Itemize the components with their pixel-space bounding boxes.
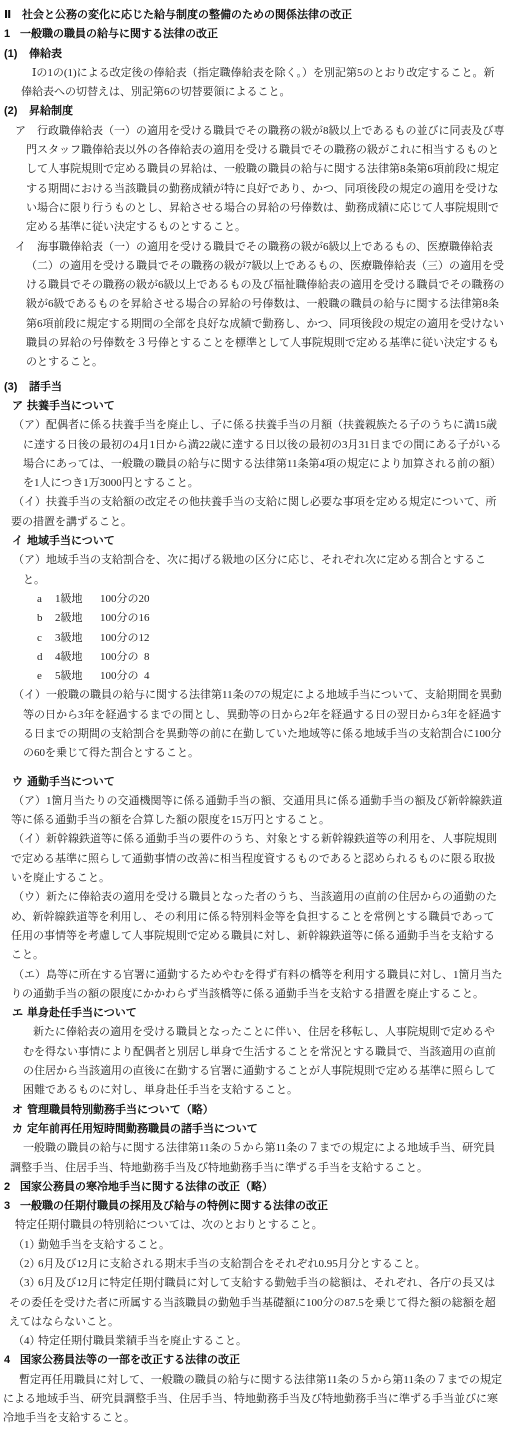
item-label: （1） bbox=[13, 1236, 38, 1255]
grade-value-number: 12 bbox=[139, 629, 150, 648]
grade-value-number: 20 bbox=[139, 590, 150, 609]
paragraph-text: 扶養手当の支給額の改定その他扶養手当の支給に関し必要な事項を定める規定について、… bbox=[11, 496, 497, 527]
heading-1-2: (2)昇給制度 bbox=[0, 102, 505, 121]
paragraph-text: 配偶者に係る扶養手当を廃止し、子に係る扶養手当の月額（扶養親族たる子のうちに満1… bbox=[23, 419, 502, 489]
grade-row-b: b2級地100分の16 bbox=[0, 609, 505, 628]
grade-letter: d bbox=[37, 648, 55, 667]
grade-letter: a bbox=[37, 590, 55, 609]
item-3-4: （4）特定任期付職員業績手当を廃止すること。 bbox=[0, 1332, 505, 1351]
item-label: （イ） bbox=[13, 830, 46, 849]
grade-value-number: 16 bbox=[139, 609, 150, 628]
item-label: （ア） bbox=[13, 792, 46, 811]
item-label: イ bbox=[15, 238, 37, 257]
item-fuyou-i: （イ）扶養手当の支給額の改定その他扶養手当の支給に関し必要な事項を定める規定につ… bbox=[0, 493, 505, 532]
paragraph-text: 特定任期付職員業績手当を廃止すること。 bbox=[38, 1335, 247, 1347]
paragraph-text: 一般職の職員の給与に関する法律第11条の５から第11条の７までの規定による地域手… bbox=[10, 1142, 495, 1173]
heading-label: カ bbox=[12, 1120, 27, 1139]
heading-label: オ bbox=[12, 1101, 27, 1120]
item-chiiki-i: （イ）一般職の職員の給与に関する法律第11条の7の規定による地域手当について、支… bbox=[0, 686, 505, 763]
paragraph-text: 新たに俸給表の適用を受ける職員となった者のうち、当該適用の直前の住居からの通勤の… bbox=[11, 891, 497, 961]
heading-1: 1一般職の職員の給与に関する法律の改正 bbox=[0, 25, 505, 44]
grade-value-number: 8 bbox=[139, 648, 150, 667]
item-label: （ウ） bbox=[13, 888, 46, 907]
heading-label: 1 bbox=[4, 25, 20, 44]
heading-label: ウ bbox=[12, 773, 27, 792]
heading-1-3: (3)諸手当 bbox=[0, 378, 505, 397]
heading-3: 3一般職の任期付職員の採用及び給与の特例に関する法律の改正 bbox=[0, 1197, 505, 1216]
heading-label: (3) bbox=[4, 378, 29, 397]
grade-letter: b bbox=[37, 609, 55, 628]
grade-row-d: d4級地100分の8 bbox=[0, 648, 505, 667]
item-label: （3） bbox=[13, 1274, 38, 1293]
heading-text: 社会と公務の変化に応じた給与制度の整備のための関係法律の改正 bbox=[22, 9, 352, 21]
item-label: （4） bbox=[13, 1332, 38, 1351]
grade-name: 3級地 bbox=[55, 629, 100, 648]
paragraph-text: 暫定再任用職員に対して、一般職の職員の給与に関する法律第11条の５から第11条の… bbox=[3, 1374, 502, 1425]
heading-label: エ bbox=[12, 1004, 27, 1023]
paragraph-text: 1箇月当たりの交通機関等に係る通勤手当の額、交通用具に係る通勤手当の額及び新幹線… bbox=[11, 795, 503, 826]
heading-1-3-o-kanri: オ管理職員特別勤務手当について（略） bbox=[0, 1101, 505, 1120]
heading-1-1: (1)俸給表 bbox=[0, 45, 505, 64]
paragraph-text: 海事職俸給表（一）の適用を受ける職員でその職務の級が6級以上であるもの、医療職俸… bbox=[26, 241, 505, 369]
heading-label: 4 bbox=[4, 1351, 20, 1370]
paragraph-text: 6月及び12月に支給される期末手当の支給割合をそれぞれ0.95月分とすること。 bbox=[38, 1258, 426, 1270]
grade-value: 100分の bbox=[100, 670, 139, 682]
grade-value: 100分の bbox=[100, 651, 139, 663]
paragraph-text: 6月及び12月に特定任期付職員に対して支給する勤勉手当の総額は、それぞれ、各庁の… bbox=[9, 1277, 496, 1328]
paragraph-text: 新たに俸給表の適用を受ける職員となったことに伴い、住居を移転し、人事院規則で定め… bbox=[23, 1026, 496, 1096]
heading-text: 一般職の職員の給与に関する法律の改正 bbox=[20, 28, 218, 40]
grade-value: 100分の bbox=[100, 593, 139, 605]
item-fuyou-a: （ア）配偶者に係る扶養手当を廃止し、子に係る扶養手当の月額（扶養親族たる子のうち… bbox=[0, 416, 505, 493]
heading-1-3-i-chiiki: イ地域手当について bbox=[0, 532, 505, 551]
grade-letter: c bbox=[37, 629, 55, 648]
paragraph-text: 島等に所在する官署に通勤するためやむを得ず有料の橋等を利用する職員に対し、1箇月… bbox=[11, 969, 503, 1000]
item-tsukin-i: （イ）新幹線鉄道等に係る通勤手当の要件のうち、対象とする新幹線鉄道等の利用を、人… bbox=[0, 830, 505, 888]
para-teinen-body: 一般職の職員の給与に関する法律第11条の５から第11条の７までの規定による地域手… bbox=[0, 1139, 505, 1178]
item-label: （ア） bbox=[13, 416, 46, 435]
paragraph-text: 勤勉手当を支給すること。 bbox=[38, 1239, 170, 1251]
para-4-body: 暫定再任用職員に対して、一般職の職員の給与に関する法律第11条の５から第11条の… bbox=[0, 1371, 505, 1429]
heading-text: 地域手当について bbox=[27, 535, 115, 547]
heading-1-3-a-fuyou: ア扶養手当について bbox=[0, 397, 505, 416]
grade-name: 5級地 bbox=[55, 667, 100, 686]
heading-1-3-ka-teinen: カ定年前再任用短時間勤務職員の諸手当について bbox=[0, 1120, 505, 1139]
heading-4: 4国家公務員法等の一部を改正する法律の改正 bbox=[0, 1351, 505, 1370]
paragraph-text: Ⅰの1の(1)による改定後の俸給表（指定職俸給表を除く。）を別記第5のとおり改定… bbox=[21, 67, 494, 98]
paragraph-text: 行政職俸給表（一）の適用を受ける職員でその職務の級が8級以上であるもの並びに同表… bbox=[26, 125, 505, 233]
grade-value: 100分の bbox=[100, 612, 139, 624]
heading-text: 単身赴任手当について bbox=[27, 1007, 137, 1019]
heading-label: (1) bbox=[4, 45, 29, 64]
grade-value: 100分の bbox=[100, 632, 139, 644]
heading-label: 2 bbox=[4, 1178, 20, 1197]
heading-text: 諸手当 bbox=[29, 381, 62, 393]
heading-text: 昇給制度 bbox=[29, 105, 73, 117]
item-chiiki-a: （ア）地域手当の支給割合を、次に掲げる級地の区分に応じ、それぞれ次に定める割合と… bbox=[0, 551, 505, 590]
item-1-2-a: ア行政職俸給表（一）の適用を受ける職員でその職務の級が8級以上であるもの並びに同… bbox=[0, 122, 505, 238]
heading-1-3-u-tsukin: ウ通勤手当について bbox=[0, 773, 505, 792]
heading-label: 3 bbox=[4, 1197, 20, 1216]
paragraph-text: 一般職の職員の給与に関する法律第11条の7の規定による地域手当について、支給期間… bbox=[23, 689, 502, 759]
item-tsukin-e: （エ）島等に所在する官署に通勤するためやむを得ず有料の橋等を利用する職員に対し、… bbox=[0, 966, 505, 1005]
heading-label: (2) bbox=[4, 102, 29, 121]
grade-row-c: c3級地100分の12 bbox=[0, 629, 505, 648]
heading-text: 国家公務員の寒冷地手当に関する法律の改正（略） bbox=[20, 1181, 273, 1193]
para-1-1-body: Ⅰの1の(1)による改定後の俸給表（指定職俸給表を除く。）を別記第5のとおり改定… bbox=[0, 64, 505, 103]
item-tsukin-a: （ア）1箇月当たりの交通機関等に係る通勤手当の額、交通用具に係る通勤手当の額及び… bbox=[0, 792, 505, 831]
heading-section-ii: Ⅱ社会と公務の変化に応じた給与制度の整備のための関係法律の改正 bbox=[0, 6, 505, 25]
heading-text: 扶養手当について bbox=[27, 400, 115, 412]
grade-name: 2級地 bbox=[55, 609, 100, 628]
heading-label: ア bbox=[12, 397, 27, 416]
item-3-1: （1）勤勉手当を支給すること。 bbox=[0, 1236, 505, 1255]
heading-text: 国家公務員法等の一部を改正する法律の改正 bbox=[20, 1354, 240, 1366]
item-3-3: （3）6月及び12月に特定任期付職員に対して支給する勤勉手当の総額は、それぞれ、… bbox=[0, 1274, 505, 1332]
paragraph-text: 新幹線鉄道等に係る通勤手当の要件のうち、対象とする新幹線鉄道等の利用を、人事院規… bbox=[11, 833, 497, 884]
paragraph-text: 特定任期付職員の特別給については、次のとおりとすること。 bbox=[15, 1219, 323, 1231]
item-label: （エ） bbox=[13, 966, 46, 985]
paragraph-text: 地域手当の支給割合を、次に掲げる級地の区分に応じ、それぞれ次に定める割合とするこ… bbox=[23, 554, 486, 585]
item-tsukin-u: （ウ）新たに俸給表の適用を受ける職員となった者のうち、当該適用の直前の住居からの… bbox=[0, 888, 505, 965]
grade-value-number: 4 bbox=[139, 667, 150, 686]
heading-1-3-e-tanshin: エ単身赴任手当について bbox=[0, 1004, 505, 1023]
heading-label: Ⅱ bbox=[4, 6, 22, 25]
heading-label: イ bbox=[12, 532, 27, 551]
grade-name: 4級地 bbox=[55, 648, 100, 667]
heading-text: 定年前再任用短時間勤務職員の諸手当について bbox=[27, 1123, 258, 1135]
grade-row-e: e5級地100分の4 bbox=[0, 667, 505, 686]
document-page: Ⅱ社会と公務の変化に応じた給与制度の整備のための関係法律の改正 1一般職の職員の… bbox=[0, 0, 510, 1433]
heading-text: 通勤手当について bbox=[27, 776, 115, 788]
item-1-2-i: イ海事職俸給表（一）の適用を受ける職員でその職務の級が6級以上であるもの、医療職… bbox=[0, 238, 505, 373]
item-3-2: （2）6月及び12月に支給される期末手当の支給割合をそれぞれ0.95月分とするこ… bbox=[0, 1255, 505, 1274]
heading-text: 一般職の任期付職員の採用及び給与の特例に関する法律の改正 bbox=[20, 1200, 328, 1212]
item-label: （イ） bbox=[13, 686, 46, 705]
heading-text: 管理職員特別勤務手当について（略） bbox=[27, 1104, 214, 1116]
item-label: （2） bbox=[13, 1255, 38, 1274]
item-label: ア bbox=[15, 122, 37, 141]
grade-letter: e bbox=[37, 667, 55, 686]
heading-text: 俸給表 bbox=[29, 48, 62, 60]
item-label: （イ） bbox=[13, 493, 46, 512]
item-label: （ア） bbox=[13, 551, 46, 570]
grade-name: 1級地 bbox=[55, 590, 100, 609]
para-tanshin-body: 新たに俸給表の適用を受ける職員となったことに伴い、住居を移転し、人事院規則で定め… bbox=[0, 1023, 505, 1100]
heading-2: 2国家公務員の寒冷地手当に関する法律の改正（略） bbox=[0, 1178, 505, 1197]
grade-row-a: a1級地100分の20 bbox=[0, 590, 505, 609]
para-3-intro: 特定任期付職員の特別給については、次のとおりとすること。 bbox=[0, 1216, 505, 1235]
